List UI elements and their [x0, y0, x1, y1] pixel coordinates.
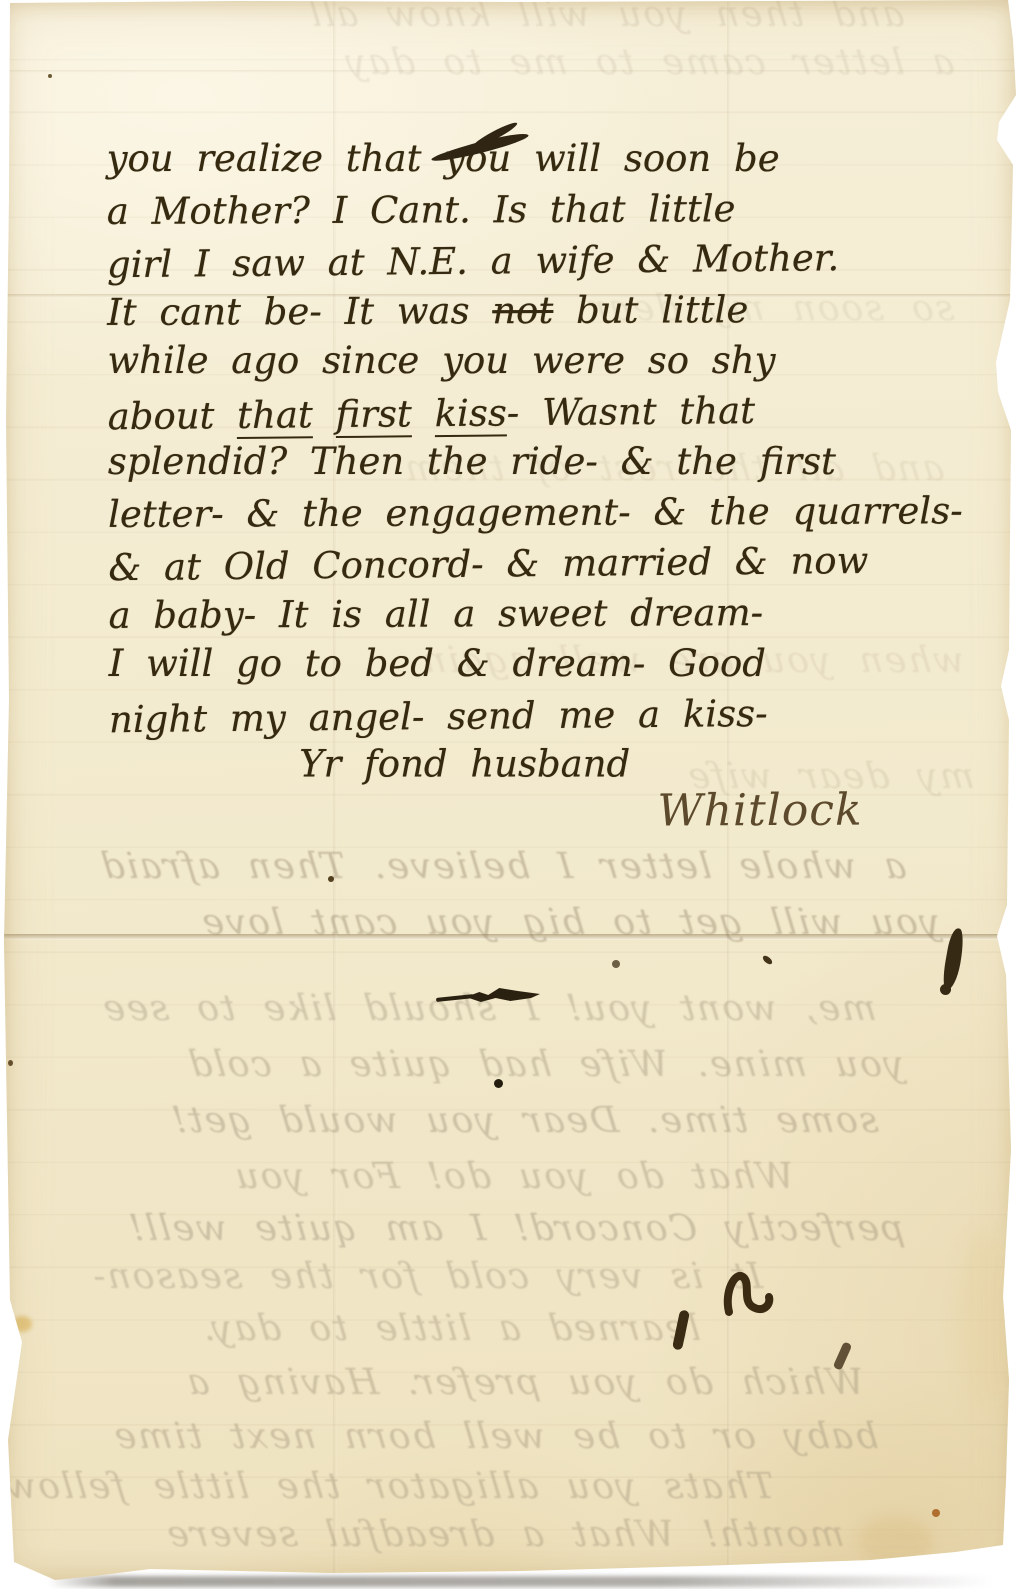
- paper-edge-shading: [0, 0, 1024, 1589]
- letter-page: and then you will know all a letter came…: [0, 0, 1024, 1589]
- scan-background: { "document": { "kind": "scanned handwri…: [0, 0, 1024, 1589]
- scan-shadow: [48, 1576, 993, 1587]
